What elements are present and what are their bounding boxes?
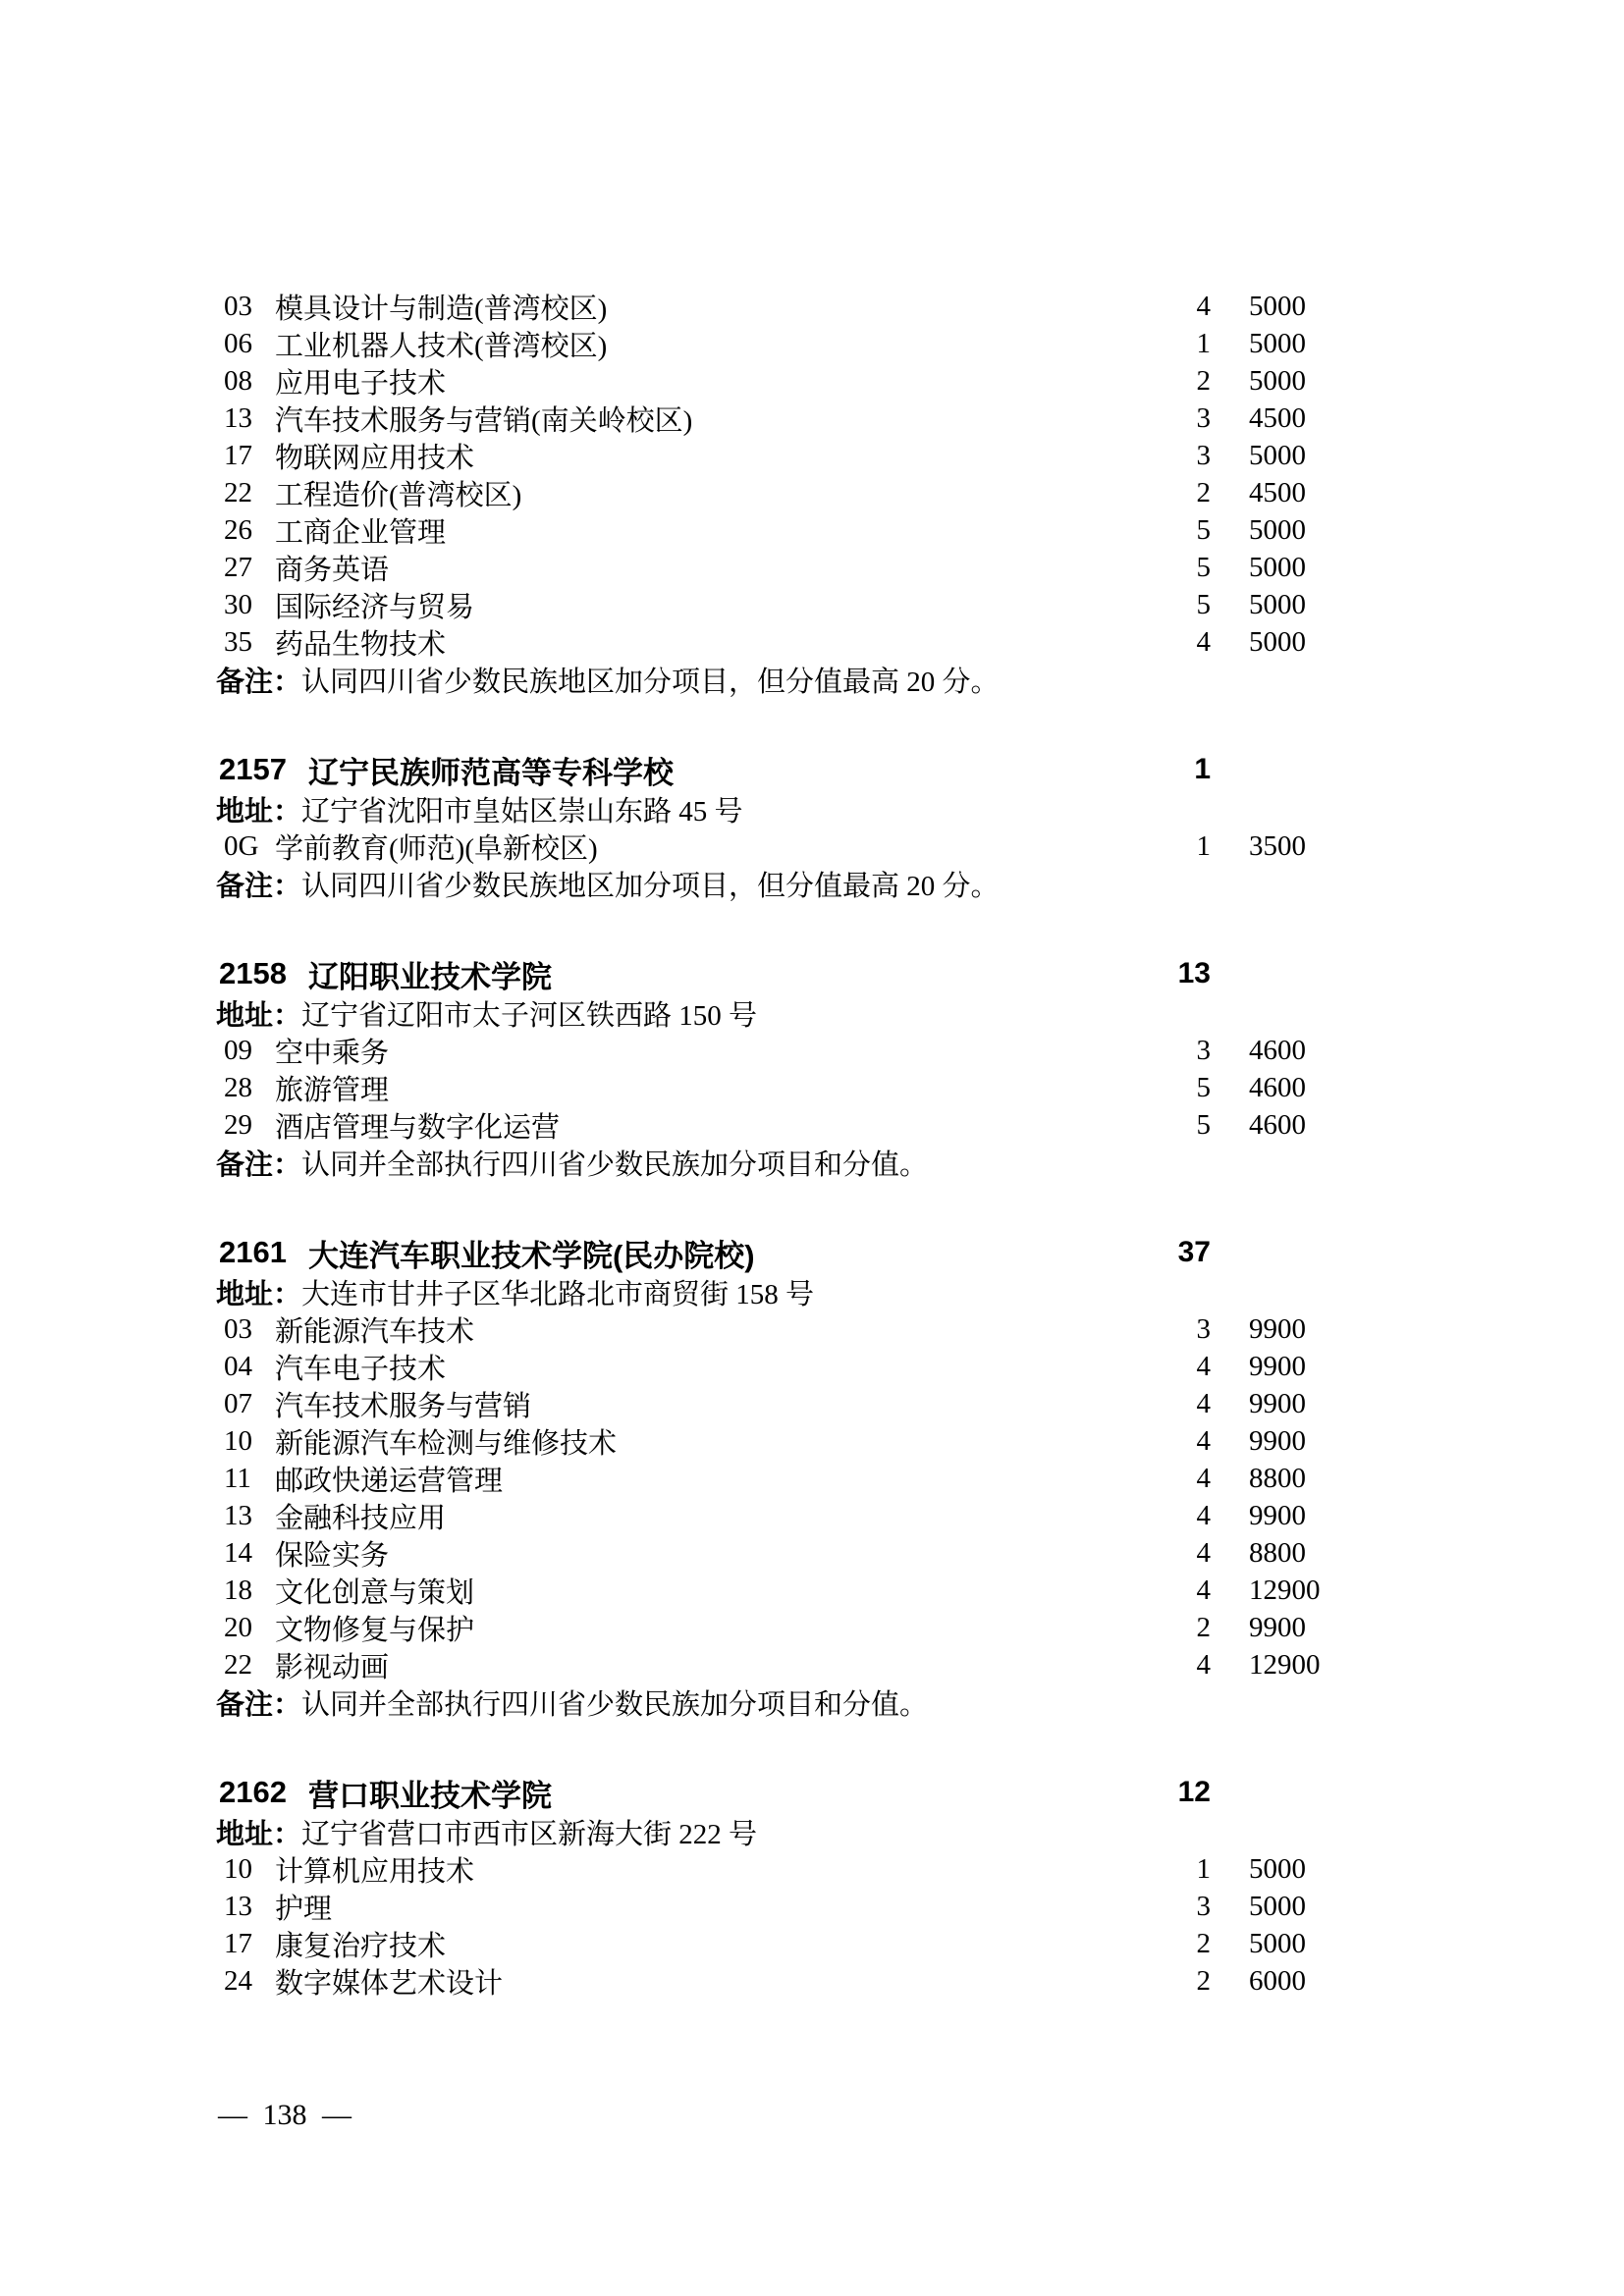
program-fee: 8800 xyxy=(1211,1463,1335,1495)
program-code: 13 xyxy=(216,1891,275,1923)
program-fee: 4600 xyxy=(1211,1072,1335,1104)
program-fee: 4500 xyxy=(1211,402,1335,435)
program-row: 08 应用电子技术 2 5000 xyxy=(216,362,1335,400)
program-code: 17 xyxy=(216,440,275,472)
school-total-quota: 1 xyxy=(1127,753,1211,786)
program-name: 工程造价(普湾校区) xyxy=(275,473,1127,513)
program-fee: 5000 xyxy=(1211,1853,1335,1886)
note-label: 备注： xyxy=(216,660,301,700)
program-code: 30 xyxy=(216,589,275,621)
address-row: 地址： 辽宁省沈阳市皇姑区崇山东路 45 号 xyxy=(216,790,1335,828)
section-header: 2157 辽宁民族师范高等专科学校 1 xyxy=(216,749,1335,790)
program-quota: 5 xyxy=(1127,514,1211,547)
program-fee: 12900 xyxy=(1211,1575,1335,1607)
program-quota: 5 xyxy=(1127,1072,1211,1104)
program-row: 10 计算机应用技术 1 5000 xyxy=(216,1850,1335,1888)
program-code: 20 xyxy=(216,1612,275,1644)
program-fee: 4600 xyxy=(1211,1109,1335,1142)
school-total-quota: 12 xyxy=(1127,1776,1211,1809)
address-text: 辽宁省营口市西市区新海大街 222 号 xyxy=(301,1812,757,1852)
program-row: 13 金融科技应用 4 9900 xyxy=(216,1497,1335,1534)
program-fee: 4600 xyxy=(1211,1035,1335,1067)
school-name: 营口职业技术学院 xyxy=(308,1771,1127,1815)
program-code: 28 xyxy=(216,1072,275,1104)
program-fee: 8800 xyxy=(1211,1537,1335,1570)
program-fee: 5000 xyxy=(1211,291,1335,323)
section-2157: 2157 辽宁民族师范高等专科学校 1 地址： 辽宁省沈阳市皇姑区崇山东路 45… xyxy=(216,749,1335,902)
continued-section: 03 模具设计与制造(普湾校区) 4 5000 06 工业机器人技术(普湾校区)… xyxy=(216,288,1335,698)
address-text: 大连市甘井子区华北路北市商贸街 158 号 xyxy=(301,1272,814,1312)
school-name: 辽阳职业技术学院 xyxy=(308,952,1127,996)
program-name: 商务英语 xyxy=(275,548,1127,588)
program-fee: 4500 xyxy=(1211,477,1335,509)
school-code: 2161 xyxy=(216,1235,287,1270)
program-row: 03 新能源汽车技术 3 9900 xyxy=(216,1310,1335,1348)
program-quota: 1 xyxy=(1127,328,1211,360)
program-code: 22 xyxy=(216,1649,275,1682)
section-2161: 2161 大连汽车职业技术学院(民办院校) 37 地址： 大连市甘井子区华北路北… xyxy=(216,1232,1335,1721)
note-text: 认同并全部执行四川省少数民族加分项目和分值。 xyxy=(301,1143,928,1183)
program-fee: 9900 xyxy=(1211,1351,1335,1383)
program-row: 07 汽车技术服务与营销 4 9900 xyxy=(216,1385,1335,1422)
program-name: 汽车技术服务与营销(南关岭校区) xyxy=(275,399,1127,439)
program-fee: 9900 xyxy=(1211,1500,1335,1532)
program-code: 22 xyxy=(216,477,275,509)
program-row: 10 新能源汽车检测与维修技术 4 9900 xyxy=(216,1422,1335,1460)
program-quota: 4 xyxy=(1127,626,1211,659)
document-page: 03 模具设计与制造(普湾校区) 4 5000 06 工业机器人技术(普湾校区)… xyxy=(0,0,1624,2296)
program-name: 国际经济与贸易 xyxy=(275,585,1127,625)
program-fee: 6000 xyxy=(1211,1965,1335,1998)
section-header: 2158 辽阳职业技术学院 13 xyxy=(216,953,1335,994)
page-number: — 138 — xyxy=(218,2099,352,2132)
program-row: 28 旅游管理 5 4600 xyxy=(216,1069,1335,1106)
program-row: 27 商务英语 5 5000 xyxy=(216,549,1335,586)
note-text: 认同四川省少数民族地区加分项目，但分值最高 20 分。 xyxy=(301,660,1000,700)
school-code: 2158 xyxy=(216,956,287,991)
program-quota: 4 xyxy=(1127,291,1211,323)
program-code: 06 xyxy=(216,328,275,360)
program-fee: 5000 xyxy=(1211,1891,1335,1923)
program-fee: 5000 xyxy=(1211,514,1335,547)
note-text: 认同四川省少数民族地区加分项目，但分值最高 20 分。 xyxy=(301,864,1000,904)
program-code: 04 xyxy=(216,1351,275,1383)
program-row: 14 保险实务 4 8800 xyxy=(216,1534,1335,1572)
program-name: 酒店管理与数字化运营 xyxy=(275,1105,1127,1146)
program-name: 空中乘务 xyxy=(275,1031,1127,1071)
program-row: 06 工业机器人技术(普湾校区) 1 5000 xyxy=(216,325,1335,362)
program-row: 30 国际经济与贸易 5 5000 xyxy=(216,586,1335,623)
program-quota: 4 xyxy=(1127,1351,1211,1383)
program-row: 29 酒店管理与数字化运营 5 4600 xyxy=(216,1106,1335,1144)
program-code: 27 xyxy=(216,552,275,584)
program-name: 学前教育(师范)(阜新校区) xyxy=(275,827,1127,867)
program-fee: 3500 xyxy=(1211,830,1335,863)
school-total-quota: 37 xyxy=(1127,1236,1211,1269)
note-row: 备注： 认同并全部执行四川省少数民族加分项目和分值。 xyxy=(216,1683,1335,1721)
address-text: 辽宁省沈阳市皇姑区崇山东路 45 号 xyxy=(301,789,743,829)
note-label: 备注： xyxy=(216,1682,301,1723)
program-code: 09 xyxy=(216,1035,275,1067)
program-fee: 12900 xyxy=(1211,1649,1335,1682)
program-quota: 2 xyxy=(1127,1612,1211,1644)
program-code: 24 xyxy=(216,1965,275,1998)
address-label: 地址： xyxy=(216,993,301,1034)
program-row: 13 汽车技术服务与营销(南关岭校区) 3 4500 xyxy=(216,400,1335,437)
program-row: 24 数字媒体艺术设计 2 6000 xyxy=(216,1962,1335,2000)
program-name: 药品生物技术 xyxy=(275,622,1127,663)
program-name: 影视动画 xyxy=(275,1645,1127,1685)
note-label: 备注： xyxy=(216,1143,301,1183)
program-name: 计算机应用技术 xyxy=(275,1849,1127,1890)
program-quota: 3 xyxy=(1127,1035,1211,1067)
program-code: 03 xyxy=(216,1313,275,1346)
program-fee: 5000 xyxy=(1211,440,1335,472)
program-quota: 2 xyxy=(1127,1965,1211,1998)
program-code: 29 xyxy=(216,1109,275,1142)
address-label: 地址： xyxy=(216,789,301,829)
school-name: 辽宁民族师范高等专科学校 xyxy=(308,748,1127,792)
program-quota: 3 xyxy=(1127,402,1211,435)
program-quota: 4 xyxy=(1127,1425,1211,1458)
program-row: 04 汽车电子技术 4 9900 xyxy=(216,1348,1335,1385)
note-label: 备注： xyxy=(216,864,301,904)
school-name: 大连汽车职业技术学院(民办院校) xyxy=(308,1231,1127,1275)
program-name: 文化创意与策划 xyxy=(275,1571,1127,1611)
program-quota: 1 xyxy=(1127,1853,1211,1886)
program-row: 09 空中乘务 3 4600 xyxy=(216,1032,1335,1069)
program-code: 0G xyxy=(216,830,275,863)
program-quota: 4 xyxy=(1127,1649,1211,1682)
program-quota: 2 xyxy=(1127,365,1211,398)
program-row: 0G 学前教育(师范)(阜新校区) 1 3500 xyxy=(216,828,1335,865)
address-row: 地址： 辽宁省辽阳市太子河区铁西路 150 号 xyxy=(216,994,1335,1032)
program-code: 07 xyxy=(216,1388,275,1420)
program-name: 新能源汽车技术 xyxy=(275,1309,1127,1350)
program-quota: 5 xyxy=(1127,1109,1211,1142)
program-code: 03 xyxy=(216,291,275,323)
program-quota: 5 xyxy=(1127,589,1211,621)
address-label: 地址： xyxy=(216,1272,301,1312)
school-code: 2162 xyxy=(216,1775,287,1810)
program-code: 08 xyxy=(216,365,275,398)
program-name: 物联网应用技术 xyxy=(275,436,1127,476)
section-header: 2161 大连汽车职业技术学院(民办院校) 37 xyxy=(216,1232,1335,1273)
program-quota: 4 xyxy=(1127,1388,1211,1420)
address-row: 地址： 辽宁省营口市西市区新海大街 222 号 xyxy=(216,1813,1335,1850)
program-quota: 4 xyxy=(1127,1500,1211,1532)
program-code: 18 xyxy=(216,1575,275,1607)
program-quota: 4 xyxy=(1127,1537,1211,1570)
program-row: 11 邮政快递运营管理 4 8800 xyxy=(216,1460,1335,1497)
program-fee: 5000 xyxy=(1211,365,1335,398)
program-code: 13 xyxy=(216,402,275,435)
program-quota: 4 xyxy=(1127,1575,1211,1607)
program-name: 汽车电子技术 xyxy=(275,1347,1127,1387)
address-label: 地址： xyxy=(216,1812,301,1852)
program-quota: 3 xyxy=(1127,440,1211,472)
program-quota: 1 xyxy=(1127,830,1211,863)
program-name: 文物修复与保护 xyxy=(275,1608,1127,1648)
section-2158: 2158 辽阳职业技术学院 13 地址： 辽宁省辽阳市太子河区铁西路 150 号… xyxy=(216,953,1335,1181)
program-row: 26 工商企业管理 5 5000 xyxy=(216,511,1335,549)
section-header: 2162 营口职业技术学院 12 xyxy=(216,1772,1335,1813)
program-row: 03 模具设计与制造(普湾校区) 4 5000 xyxy=(216,288,1335,325)
program-code: 13 xyxy=(216,1500,275,1532)
program-fee: 5000 xyxy=(1211,626,1335,659)
section-2162: 2162 营口职业技术学院 12 地址： 辽宁省营口市西市区新海大街 222 号… xyxy=(216,1772,1335,2000)
program-code: 17 xyxy=(216,1928,275,1960)
program-fee: 5000 xyxy=(1211,328,1335,360)
program-name: 邮政快递运营管理 xyxy=(275,1459,1127,1499)
program-code: 10 xyxy=(216,1425,275,1458)
program-name: 保险实务 xyxy=(275,1533,1127,1574)
page-content: 03 模具设计与制造(普湾校区) 4 5000 06 工业机器人技术(普湾校区)… xyxy=(216,288,1335,2000)
program-code: 11 xyxy=(216,1463,275,1495)
program-name: 康复治疗技术 xyxy=(275,1924,1127,1964)
program-quota: 2 xyxy=(1127,477,1211,509)
program-code: 26 xyxy=(216,514,275,547)
program-quota: 3 xyxy=(1127,1313,1211,1346)
program-row: 35 药品生物技术 4 5000 xyxy=(216,623,1335,661)
program-name: 旅游管理 xyxy=(275,1068,1127,1108)
address-text: 辽宁省辽阳市太子河区铁西路 150 号 xyxy=(301,993,757,1034)
school-total-quota: 13 xyxy=(1127,957,1211,990)
program-name: 工业机器人技术(普湾校区) xyxy=(275,324,1127,364)
program-fee: 9900 xyxy=(1211,1425,1335,1458)
program-fee: 9900 xyxy=(1211,1313,1335,1346)
note-text: 认同并全部执行四川省少数民族加分项目和分值。 xyxy=(301,1682,928,1723)
program-row: 17 康复治疗技术 2 5000 xyxy=(216,1925,1335,1962)
note-row: 备注： 认同四川省少数民族地区加分项目，但分值最高 20 分。 xyxy=(216,865,1335,902)
program-name: 汽车技术服务与营销 xyxy=(275,1384,1127,1424)
program-quota: 5 xyxy=(1127,552,1211,584)
program-name: 数字媒体艺术设计 xyxy=(275,1961,1127,2002)
program-quota: 2 xyxy=(1127,1928,1211,1960)
school-code: 2157 xyxy=(216,752,287,787)
program-fee: 9900 xyxy=(1211,1388,1335,1420)
program-fee: 9900 xyxy=(1211,1612,1335,1644)
program-code: 14 xyxy=(216,1537,275,1570)
program-row: 22 影视动画 4 12900 xyxy=(216,1646,1335,1683)
program-name: 新能源汽车检测与维修技术 xyxy=(275,1421,1127,1462)
program-fee: 5000 xyxy=(1211,589,1335,621)
program-code: 35 xyxy=(216,626,275,659)
program-name: 工商企业管理 xyxy=(275,510,1127,551)
program-name: 应用电子技术 xyxy=(275,361,1127,401)
program-row: 20 文物修复与保护 2 9900 xyxy=(216,1609,1335,1646)
program-quota: 4 xyxy=(1127,1463,1211,1495)
address-row: 地址： 大连市甘井子区华北路北市商贸街 158 号 xyxy=(216,1273,1335,1310)
program-quota: 3 xyxy=(1127,1891,1211,1923)
program-name: 模具设计与制造(普湾校区) xyxy=(275,287,1127,327)
program-row: 17 物联网应用技术 3 5000 xyxy=(216,437,1335,474)
program-code: 10 xyxy=(216,1853,275,1886)
program-row: 13 护理 3 5000 xyxy=(216,1888,1335,1925)
program-name: 护理 xyxy=(275,1887,1127,1927)
program-row: 22 工程造价(普湾校区) 2 4500 xyxy=(216,474,1335,511)
program-name: 金融科技应用 xyxy=(275,1496,1127,1536)
note-row: 备注： 认同并全部执行四川省少数民族加分项目和分值。 xyxy=(216,1144,1335,1181)
program-row: 18 文化创意与策划 4 12900 xyxy=(216,1572,1335,1609)
program-fee: 5000 xyxy=(1211,1928,1335,1960)
note-row: 备注： 认同四川省少数民族地区加分项目，但分值最高 20 分。 xyxy=(216,661,1335,698)
program-fee: 5000 xyxy=(1211,552,1335,584)
